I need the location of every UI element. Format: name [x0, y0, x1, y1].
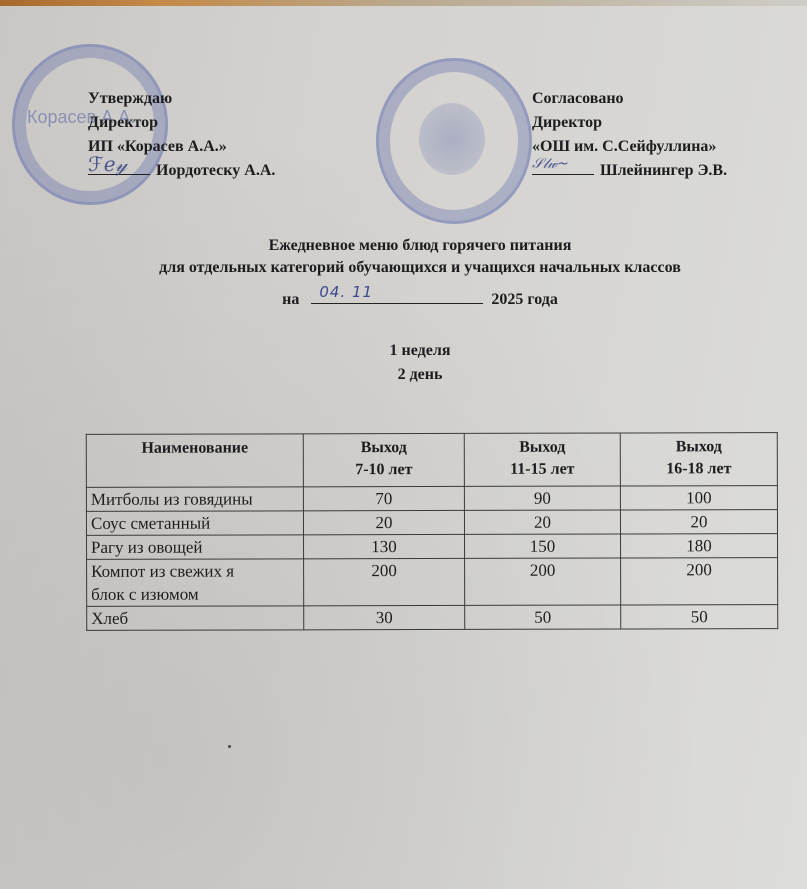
output-16-18: 20	[620, 510, 777, 534]
agreement-block: Согласовано Директор «ОШ им. С.Сейфуллин…	[532, 87, 727, 183]
output-16-18: 50	[621, 605, 778, 629]
output-7-10: 30	[304, 605, 465, 629]
output-7-10: 20	[303, 510, 464, 534]
output-11-15: 200	[465, 558, 621, 605]
week-label: 1 неделя	[0, 340, 807, 362]
output-11-15: 90	[464, 486, 620, 510]
desk-edge	[0, 0, 807, 6]
round-stamp-right	[376, 58, 532, 224]
signature-line: ℱℯ𝓎	[88, 160, 150, 175]
agreement-signatory: Шлейнингер Э.В.	[600, 162, 727, 179]
output-16-18: 180	[621, 534, 778, 558]
handwritten-date: 04. 11	[319, 281, 373, 303]
approval-signatory: Иордотеску А.А.	[156, 162, 275, 179]
approval-signature-row: ℱℯ𝓎Иордотеску А.А.	[88, 159, 275, 183]
output-7-10: 200	[304, 558, 465, 605]
day-label: 2 день	[0, 364, 807, 386]
dish-name: Рагу из овощей	[87, 535, 304, 560]
agreement-signature-row: 𝒮𝓁𝓌~Шлейнингер Э.В.	[532, 159, 727, 183]
output-11-15: 20	[464, 510, 620, 534]
approval-block: Утверждаю Директор ИП «Корасев А.А.» ℱℯ𝓎…	[88, 87, 275, 183]
dish-name: Соус сметанный	[86, 511, 303, 536]
output-16-18: 200	[621, 558, 778, 605]
agreement-heading: Согласовано	[532, 87, 727, 111]
date-suffix: 2025 года	[491, 291, 558, 308]
approval-position: Директор	[88, 111, 275, 135]
document-title: Ежедневное меню блюд горячего питания	[0, 235, 807, 257]
dish-name: Компот из свежих яблок с изюмом	[87, 559, 304, 607]
ink-speck	[228, 745, 231, 748]
output-7-10: 130	[304, 534, 465, 558]
table-header-row: Наименование Выход7-10 лет Выход11-15 ле…	[86, 433, 777, 488]
dish-name: Митболы из говядины	[86, 487, 303, 512]
header-output-7-10: Выход7-10 лет	[303, 433, 464, 486]
menu-table: Наименование Выход7-10 лет Выход11-15 ле…	[86, 432, 779, 631]
signature-icon: 𝒮𝓁𝓌~	[532, 152, 569, 176]
table-row: Митболы из говядины 70 90 100	[86, 486, 777, 512]
dish-name: Хлеб	[87, 606, 304, 631]
signature-line: 𝒮𝓁𝓌~	[532, 160, 594, 175]
table-row: Хлеб 30 50 50	[87, 605, 778, 631]
output-16-18: 100	[620, 486, 777, 510]
header-name: Наименование	[86, 434, 303, 488]
table-row: Компот из свежих яблок с изюмом 200 200 …	[87, 558, 778, 607]
table-row: Соус сметанный 20 20 20	[86, 510, 777, 536]
state-emblem-icon	[419, 103, 485, 175]
document-subtitle: для отдельных категорий обучающихся и уч…	[0, 257, 807, 279]
table-row: Рагу из овощей 130 150 180	[87, 534, 778, 560]
agreement-position: Директор	[532, 111, 727, 135]
date-field: 04. 11	[311, 285, 483, 304]
output-11-15: 150	[465, 534, 621, 558]
date-prefix: на	[282, 291, 299, 308]
output-11-15: 50	[465, 605, 621, 629]
signature-icon: ℱℯ𝓎	[88, 152, 127, 176]
date-line: на 04. 11 2025 года	[0, 285, 807, 311]
output-7-10: 70	[303, 486, 464, 510]
header-output-11-15: Выход11-15 лет	[464, 433, 620, 486]
header-output-16-18: Выход16-18 лет	[620, 433, 777, 486]
approval-heading: Утверждаю	[88, 87, 275, 111]
